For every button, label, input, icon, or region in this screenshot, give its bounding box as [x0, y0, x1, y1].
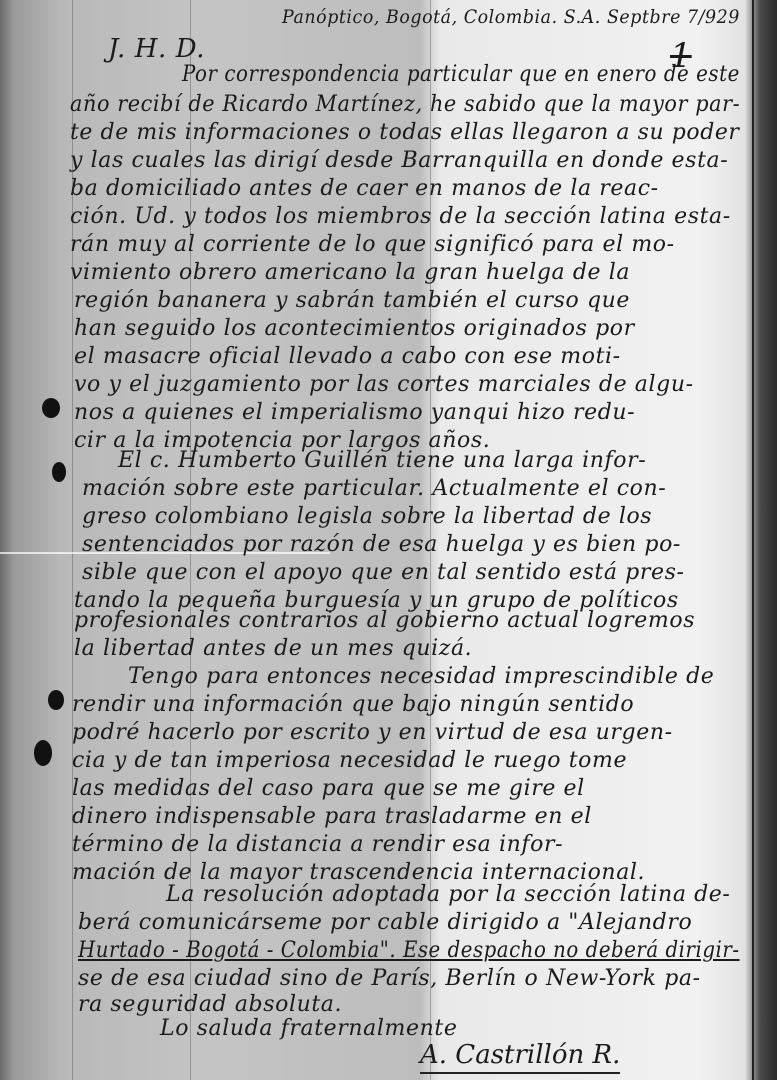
letter-line: sible que con el apoyo que en tal sentid… — [82, 560, 685, 585]
letter-line: año recibí de Ricardo Martínez, he sabid… — [70, 92, 740, 117]
closing-salutation: Lo saluda fraternalmente — [160, 1016, 457, 1041]
letter-line: nos a quienes el imperialismo yanqui hiz… — [74, 400, 635, 425]
punch-hole — [48, 690, 64, 710]
letter-line: ción. Ud. y todos los miembros de la sec… — [70, 204, 731, 229]
letter-line: La resolución adoptada por la sección la… — [166, 882, 730, 907]
letter-line: Por correspondencia particular que en en… — [182, 62, 740, 87]
letter-line: las medidas del caso para que se me gire… — [72, 776, 585, 801]
letter-line: vo y el juzgamiento por las cortes marci… — [74, 372, 694, 397]
letter-line-cable-address: Hurtado - Bogotá - Colombia". Ese despac… — [78, 938, 740, 963]
letter-line: han seguido los acontecimientos originad… — [74, 316, 635, 341]
letter-line: Tengo para entonces necesidad imprescind… — [128, 664, 714, 689]
letter-line: vimiento obrero americano la gran huelga… — [70, 260, 630, 285]
letter-line: mación sobre este particular. Actualment… — [82, 476, 666, 501]
punch-hole — [52, 462, 66, 482]
letter-line: rendir una información que bajo ningún s… — [72, 692, 634, 717]
letter-line: profesionales contrarios al gobierno act… — [74, 608, 695, 633]
letter-line: rán muy al corriente de lo que significó… — [70, 232, 675, 257]
letter-line: cia y de tan imperiosa necesidad le rueg… — [72, 748, 627, 773]
letter-line: podré hacerlo por escrito y en virtud de… — [72, 720, 673, 745]
letter-line: se de esa ciudad sino de París, Berlín o… — [78, 966, 701, 991]
letter-line: región bananera y sabrán también el curs… — [74, 288, 630, 313]
letter-line: ba domiciliado antes de caer en manos de… — [70, 176, 659, 201]
letter-line: greso colombiano legisla sobre la libert… — [82, 504, 652, 529]
right-margin-line — [752, 0, 754, 1080]
letter-line: término de la distancia a rendir esa inf… — [72, 832, 563, 857]
letter-line: la libertad antes de un mes quizá. — [74, 636, 472, 661]
letter-line: sentenciados por razón de esa huelga y e… — [82, 532, 681, 557]
signature: A. Castrillón R. — [420, 1040, 620, 1074]
letter-line: El c. Humberto Guillén tiene una larga i… — [118, 448, 646, 473]
letter-line: te de mis informaciones o todas ellas ll… — [70, 120, 740, 145]
punch-hole — [34, 740, 52, 766]
scanned-letter-page: Panóptico, Bogotá, Colombia. S.A. Septbr… — [0, 0, 777, 1080]
letter-line: y las cuales las dirigí desde Barranquil… — [70, 148, 728, 173]
place-date-header: Panóptico, Bogotá, Colombia. S.A. Septbr… — [282, 6, 740, 28]
letter-line: dinero indispensable para trasladarme en… — [72, 804, 592, 829]
punch-hole — [42, 398, 60, 418]
letter-line: berá comunicárseme por cable dirigido a … — [78, 910, 692, 935]
addressee-initials: J. H. D. — [108, 34, 205, 64]
letter-line: ra seguridad absoluta. — [78, 992, 342, 1017]
letter-line: el masacre oficial llevado a cabo con es… — [74, 344, 621, 369]
